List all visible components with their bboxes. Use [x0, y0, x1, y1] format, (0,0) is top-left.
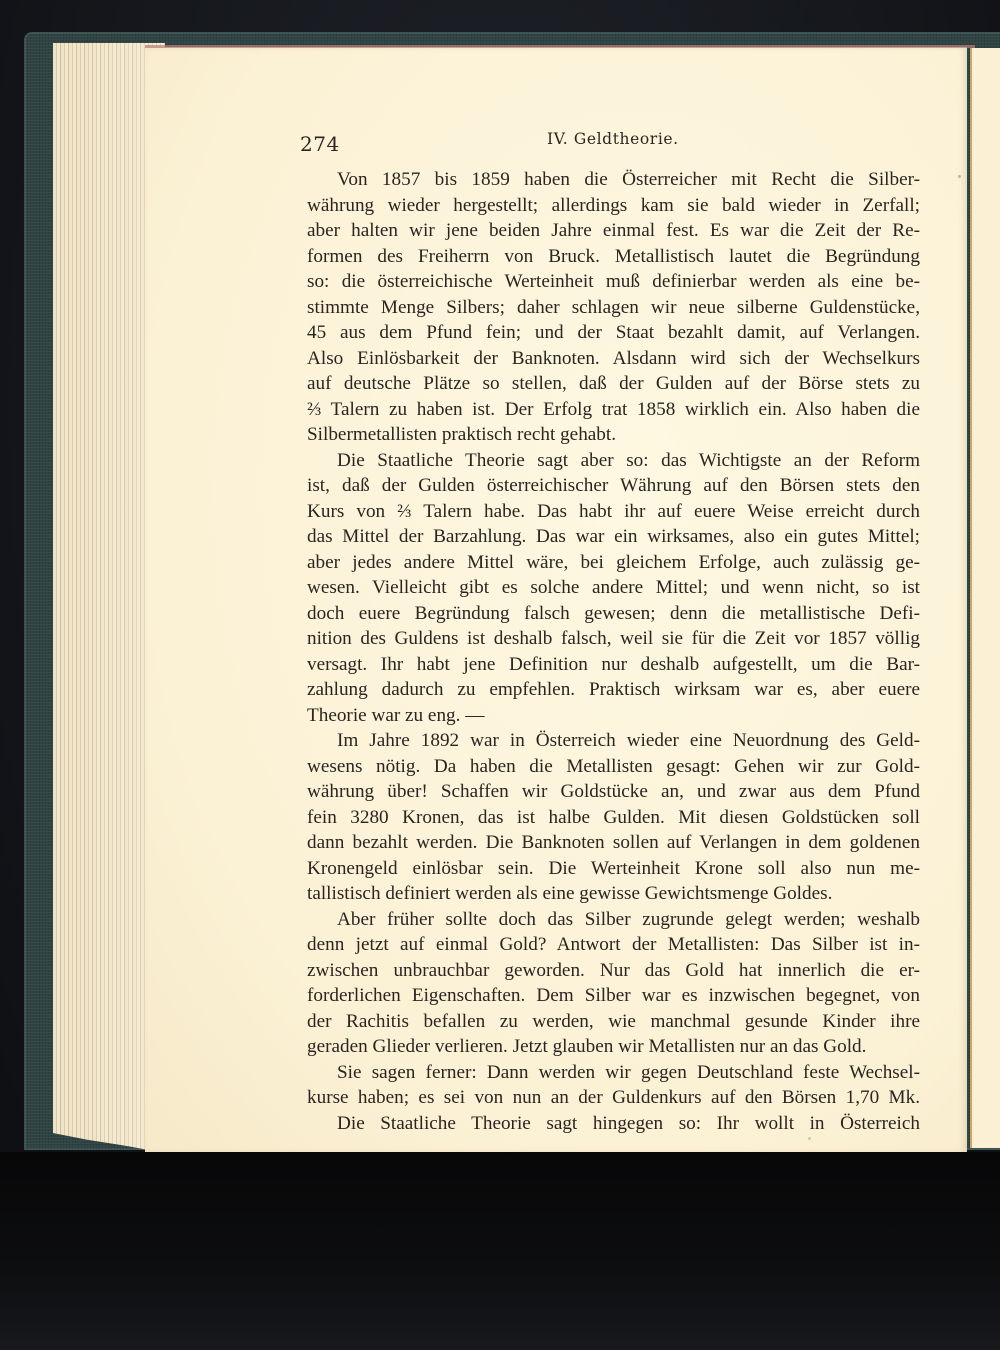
text-line: dann bezahlt werden. Die Banknoten solle…	[307, 830, 920, 856]
text-line: formen des Freiherrn von Bruck. Metallis…	[307, 244, 920, 270]
facing-page-edge	[970, 48, 1000, 1148]
text-line: denn jetzt auf einmal Gold? Antwort der …	[307, 932, 920, 958]
text-line: tallistisch definiert werden als eine ge…	[307, 881, 920, 907]
text-line: währung über! Schaffen wir Goldstücke an…	[307, 779, 920, 805]
paper-speck	[808, 1137, 811, 1140]
text-line: zwischen unbrauchbar geworden. Nur das G…	[307, 958, 920, 984]
text-line: Die Staatliche Theorie sagt aber so: das…	[307, 448, 920, 474]
text-line: versagt. Ihr habt jene Definition nur de…	[307, 652, 920, 678]
text-line: Kronengeld einlösbar sein. Die Werteinhe…	[307, 856, 920, 882]
text-line: Kurs von ⅔ Talern habe. Das habt ihr auf…	[307, 499, 920, 525]
text-line: stimmte Menge Silbers; daher schlagen wi…	[307, 295, 920, 321]
text-line: kurse haben; es sei von nun an der Gulde…	[307, 1085, 920, 1111]
text-line: Von 1857 bis 1859 haben die Österreicher…	[307, 167, 920, 193]
text-line: Aber früher sollte doch das Silber zugru…	[307, 907, 920, 933]
paper-speck	[958, 175, 961, 178]
text-line: ist, daß der Gulden österreichischer Wäh…	[307, 473, 920, 499]
text-line: doch euere Begründung falsch gewesen; de…	[307, 601, 920, 627]
text-line: geraden Glieder verlieren. Jetzt glauben…	[307, 1034, 920, 1060]
text-line: Theorie war zu eng. —	[307, 703, 920, 729]
text-line: forderlichen Eigenschaften. Dem Silber w…	[307, 983, 920, 1009]
text-line: Silbermetallisten praktisch recht gehabt…	[307, 422, 920, 448]
text-line: aber halten wir jene beiden Jahre einmal…	[307, 218, 920, 244]
text-line: Sie sagen ferner: Dann werden wir gegen …	[307, 1060, 920, 1086]
book-scan: 274 IV. Geldtheorie. Von 1857 bis 1859 h…	[0, 0, 1000, 1350]
text-line: Also Einlösbarkeit der Banknoten. Alsdan…	[307, 346, 920, 372]
text-line: das Mittel der Barzahlung. Das war ein w…	[307, 524, 920, 550]
text-line: wesen. Vielleicht gibt es solche andere …	[307, 575, 920, 601]
text-line: nition des Guldens ist deshalb falsch, w…	[307, 626, 920, 652]
text-line: währung wieder hergestellt; allerdings k…	[307, 193, 920, 219]
text-line: 45 aus dem Pfund fein; und der Staat bez…	[307, 320, 920, 346]
text-line: Die Staatliche Theorie sagt hingegen so:…	[307, 1111, 920, 1137]
text-line: der Rachitis befallen zu werden, wie man…	[307, 1009, 920, 1035]
text-line: fein 3280 Kronen, das ist halbe Gulden. …	[307, 805, 920, 831]
text-line: zahlung dadurch zu empfehlen. Praktisch …	[307, 677, 920, 703]
background-shadow	[0, 1152, 1000, 1350]
text-line: Im Jahre 1892 war in Österreich wieder e…	[307, 728, 920, 754]
text-line: so: die österreichische Werteinheit muß …	[307, 269, 920, 295]
page-top-edge	[145, 45, 975, 48]
chapter-title: IV. Geldtheorie.	[547, 130, 679, 148]
text-line: aber jedes andere Mittel wäre, bei gleic…	[307, 550, 920, 576]
text-line: auf deutsche Plätze so stellen, daß der …	[307, 371, 920, 397]
text-line: wesens nötig. Da haben die Metallisten g…	[307, 754, 920, 780]
text-line: ⅔ Talern zu haben ist. Der Erfolg trat 1…	[307, 397, 920, 423]
page-number: 274	[300, 132, 340, 156]
running-head: 274 IV. Geldtheorie.	[0, 128, 1000, 158]
body-text: Von 1857 bis 1859 haben die Österreicher…	[307, 167, 920, 1136]
